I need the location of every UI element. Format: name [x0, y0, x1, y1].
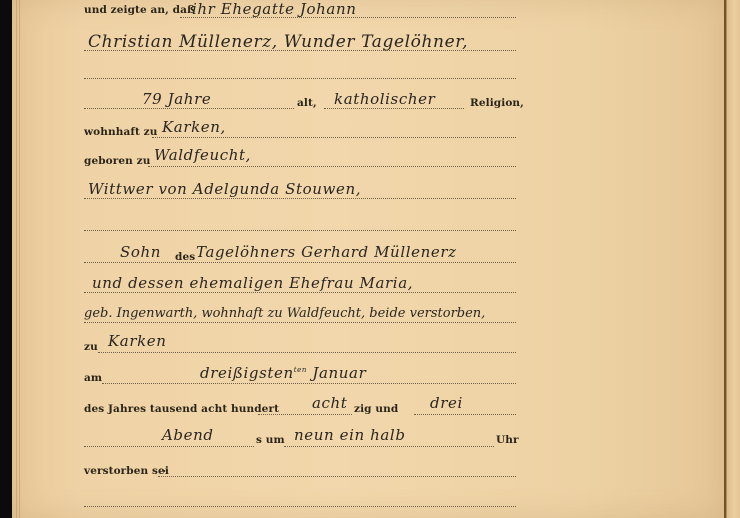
handwritten-entry: .: [162, 458, 167, 476]
printed-label: geboren zu: [84, 155, 150, 167]
margin-rule: [16, 0, 17, 518]
document-page: und zeigte an, daß ihr Ehegatte Johann C…: [12, 0, 724, 518]
printed-label: Uhr: [496, 434, 519, 446]
dotted-rule: [84, 292, 516, 293]
printed-label: wohnhaft zu: [84, 126, 157, 138]
handwritten-age: 79 Jahre: [142, 90, 211, 108]
printed-label: des: [175, 251, 195, 263]
printed-label: und zeigte an, daß: [84, 4, 195, 16]
ordinal-suffix: ten: [294, 366, 307, 374]
dotted-rule: [84, 506, 516, 507]
dotted-rule: [84, 198, 516, 199]
dotted-rule: [84, 446, 254, 447]
handwritten-entry: ihr Ehegatte Johann: [192, 0, 357, 18]
printed-label: s um: [256, 434, 285, 446]
printed-label: alt,: [297, 97, 317, 109]
dotted-rule: [84, 262, 516, 263]
day-text: dreißigsten: [200, 364, 294, 382]
dotted-rule: [98, 352, 516, 353]
dotted-rule: [84, 322, 516, 323]
handwritten-place-of-death: Karken: [108, 332, 167, 350]
printed-label: des Jahres tausend acht hundert: [84, 403, 279, 415]
printed-label: zu: [84, 341, 98, 353]
handwritten-birthplace: Waldfeucht,: [154, 146, 251, 164]
handwritten-residence: Karken,: [162, 118, 226, 136]
handwritten-religion: katholischer: [334, 90, 435, 108]
printed-label: verstorben sei: [84, 465, 169, 477]
month-text: Januar: [312, 364, 366, 382]
handwritten-day: dreißigstenten Januar: [200, 364, 366, 382]
handwritten-entry: und dessen ehemaligen Ehefrau Maria,: [92, 274, 413, 292]
handwritten-time-of-day: Abend: [162, 426, 214, 444]
handwritten-entry: Sohn: [120, 243, 161, 261]
handwritten-entry: Wittwer von Adelgunda Stouwen,: [88, 180, 361, 198]
dotted-rule: [84, 108, 294, 109]
dotted-rule: [284, 446, 494, 447]
dotted-rule: [324, 108, 464, 109]
dotted-rule: [158, 476, 516, 477]
dotted-rule: [258, 414, 352, 415]
dotted-rule: [414, 414, 516, 415]
dotted-rule: [84, 78, 516, 79]
dotted-rule: [84, 230, 516, 231]
margin-rule: [19, 0, 20, 518]
dotted-rule: [102, 383, 516, 384]
handwritten-entry: Tagelöhners Gerhard Müllenerz: [196, 243, 457, 261]
handwritten-entry: Christian Müllenerz, Wunder Tagelöhner,: [88, 32, 468, 52]
handwritten-hour: neun ein halb: [294, 426, 406, 444]
book-spine: [724, 0, 740, 518]
printed-label: zig und: [354, 403, 398, 415]
dotted-rule: [148, 166, 516, 167]
printed-label: am: [84, 372, 102, 384]
dotted-rule: [152, 137, 516, 138]
handwritten-year-units: drei: [430, 394, 463, 412]
handwritten-year-tens: acht: [312, 394, 347, 412]
printed-label: Religion,: [470, 97, 524, 109]
handwritten-entry: geb. Ingenwarth, wohnhaft zu Waldfeucht,…: [84, 306, 485, 321]
